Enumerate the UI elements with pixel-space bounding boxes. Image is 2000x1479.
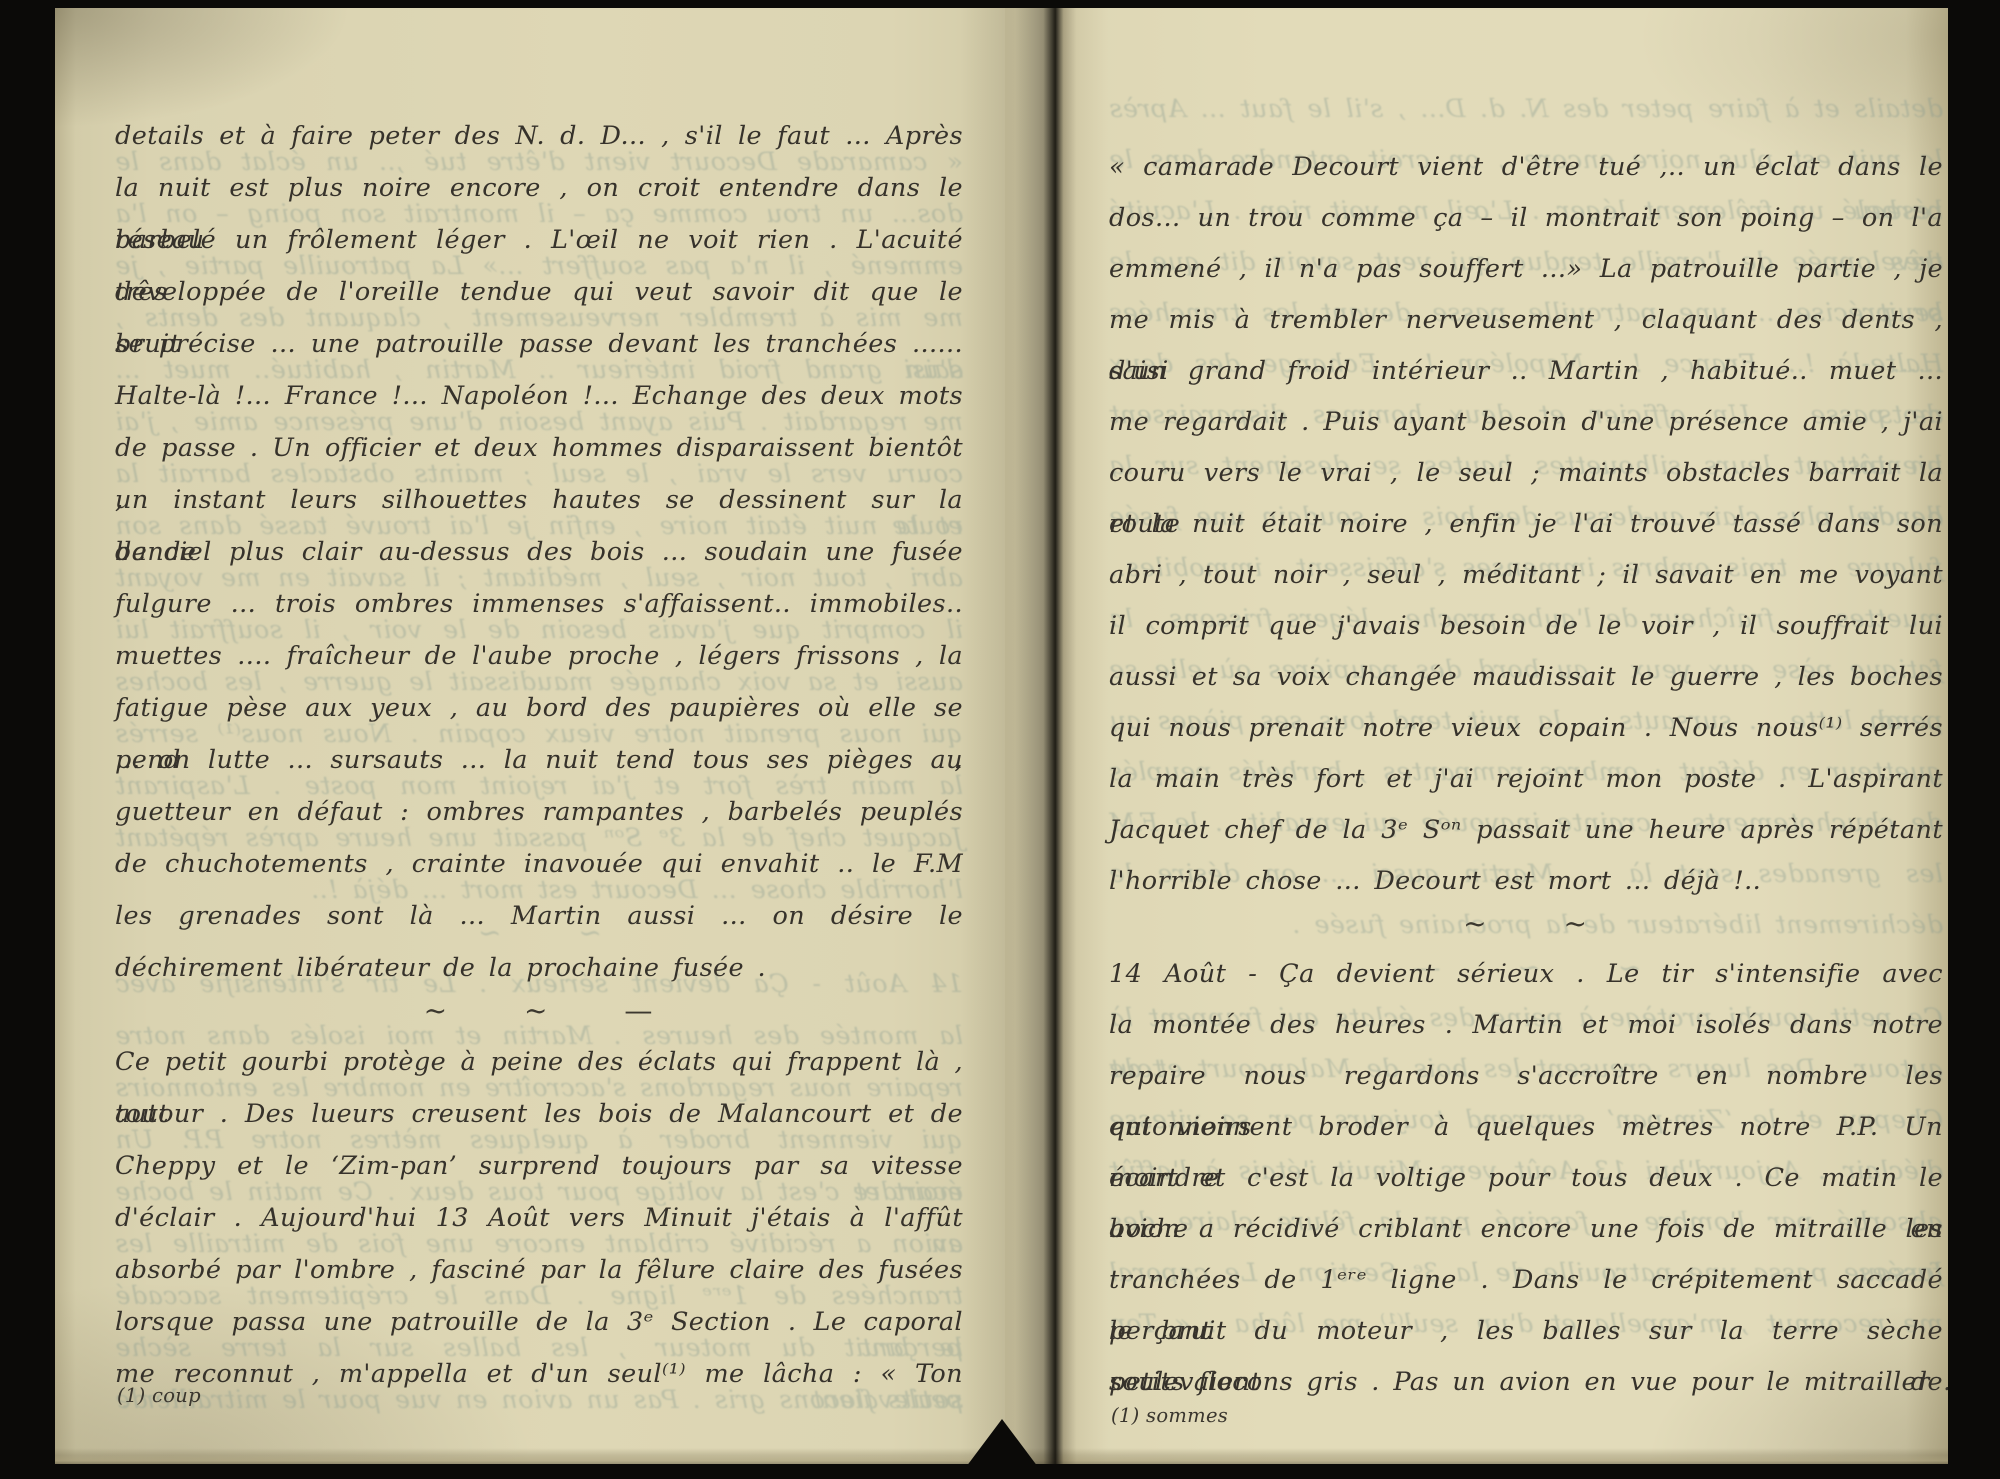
manuscript-line: me mis à trembler nerveusement , claquan… — [1109, 295, 1943, 346]
manuscript-line: l'horrible chose ... Decourt est mort ..… — [1109, 856, 1943, 907]
spine-shadow — [966, 1419, 1038, 1467]
right-page: details et à faire peter des N. d. D... … — [1005, 8, 1948, 1464]
manuscript-line: qui nous prenait notre vieux copain . No… — [1109, 703, 1943, 754]
manuscript-line: la montée des heures . Martin et moi iso… — [1109, 1000, 1943, 1051]
manuscript-line: le bruit du moteur , les balles sur la t… — [1109, 1306, 1943, 1357]
manuscript-line: me reconnut , m'appella et d'un seul⁽¹⁾ … — [115, 1348, 963, 1400]
manuscript-line: Halte-là !... France !... Napoléon !... … — [115, 370, 963, 422]
manuscript-line: Cheppy et le ‘Zim-pan’ surprend toujours… — [115, 1140, 963, 1192]
manuscript-line: un instant leurs silhouettes hautes se d… — [115, 474, 963, 526]
manuscript-line: abri , tout noir , seul , méditant ; il … — [1109, 550, 1943, 601]
manuscript-line: et la nuit était noire , enfin je l'ai t… — [1109, 499, 1943, 550]
manuscript-line: barbelé un frôlement léger . L'œil ne vo… — [115, 214, 963, 266]
manuscript-line: de ciel plus clair au-dessus des bois ..… — [115, 526, 963, 578]
section-separator: ~ ~ — — [115, 994, 963, 1036]
manuscript-line: écart et c'est la voltige pour tous deux… — [1109, 1153, 1943, 1204]
right-page-footnote: (1) sommes — [1111, 1404, 1228, 1427]
manuscript-line: repaire nous regardons s'accroître en no… — [1109, 1051, 1943, 1102]
manuscript-line: ... on lutte ... sursauts ... la nuit te… — [115, 734, 963, 786]
manuscript-line: aussi et sa voix changée maudissait le g… — [1109, 652, 1943, 703]
manuscript-line: details et à faire peter des N. d. D... … — [115, 110, 963, 162]
left-page: « camarade Decourt vient d'être tué ,.. … — [55, 8, 1005, 1464]
manuscript-line: « camarade Decourt vient d'être tué ,.. … — [1109, 142, 1943, 193]
manuscript-line: guetteur en défaut : ombres rampantes , … — [115, 786, 963, 838]
manuscript-line: lorsque passa une patrouille de la 3ᵉ Se… — [115, 1296, 963, 1348]
manuscript-line: muettes .... fraîcheur de l'aube proche … — [115, 630, 963, 682]
manuscript-line: la main très fort et j'ai rejoint mon po… — [1109, 754, 1943, 805]
manuscript-line: me regardait . Puis ayant besoin d'une p… — [1109, 397, 1943, 448]
manuscript-line: 14 Août - Ça devient sérieux . Le tir s'… — [1109, 949, 1943, 1000]
manuscript-line: emmené , il n'a pas souffert ...» La pat… — [1109, 244, 1943, 295]
manuscript-line: autour . Des lueurs creusent les bois de… — [115, 1088, 963, 1140]
manuscript-line: qui viennent broder à quelques mètres no… — [1109, 1102, 1943, 1153]
manuscript-line: tranchées de 1ᵉʳᵉ ligne . Dans le crépit… — [1109, 1255, 1943, 1306]
manuscript-line: couru vers le vrai , le seul ; maints ob… — [1109, 448, 1943, 499]
manuscript-line: details et à faire peter des N. d. D... … — [1109, 84, 1943, 135]
manuscript-line: développée de l'oreille tendue qui veut … — [115, 266, 963, 318]
manuscript-line: d'un grand froid intérieur .. Martin , h… — [1109, 346, 1943, 397]
right-page-text: « camarade Decourt vient d'être tué ,.. … — [1109, 142, 1943, 1408]
manuscript-line: Jacquet chef de la 3ᵉ Sᵒⁿ passait une he… — [1109, 805, 1943, 856]
manuscript-line: avion a récidivé criblant encore une foi… — [1109, 1204, 1943, 1255]
manuscript-line: d'éclair . Aujourd'hui 13 Août vers Minu… — [115, 1192, 963, 1244]
manuscript-line: petits flocons gris . Pas un avion en vu… — [1109, 1357, 1943, 1408]
section-separator: ~ ~ — [1109, 907, 1943, 949]
manuscript-line: les grenades sont là ... Martin aussi ..… — [115, 890, 963, 942]
manuscript-line: de chuchotements , crainte inavouée qui … — [115, 838, 963, 890]
manuscript-line: il comprit que j'avais besoin de le voir… — [1109, 601, 1943, 652]
manuscript-line: de passe . Un officier et deux hommes di… — [115, 422, 963, 474]
manuscript-line: la nuit est plus noire encore , on croit… — [115, 162, 963, 214]
manuscript-line: se précise ... une patrouille passe deva… — [115, 318, 963, 370]
left-page-text: details et à faire peter des N. d. D... … — [115, 110, 963, 1400]
manuscript-line: déchirement libérateur de la prochaine f… — [115, 942, 963, 994]
left-page-footnote: (1) coup — [117, 1384, 201, 1407]
open-book: « camarade Decourt vient d'être tué ,.. … — [55, 8, 1948, 1464]
manuscript-line: dos... un trou comme ça – il montrait so… — [1109, 193, 1943, 244]
manuscript-line: Ce petit gourbi protège à peine des écla… — [115, 1036, 963, 1088]
manuscript-line: fulgure ... trois ombres immenses s'affa… — [115, 578, 963, 630]
manuscript-line: fatigue pèse aux yeux , au bord des paup… — [115, 682, 963, 734]
manuscript-line: absorbé par l'ombre , fasciné par la fêl… — [115, 1244, 963, 1296]
